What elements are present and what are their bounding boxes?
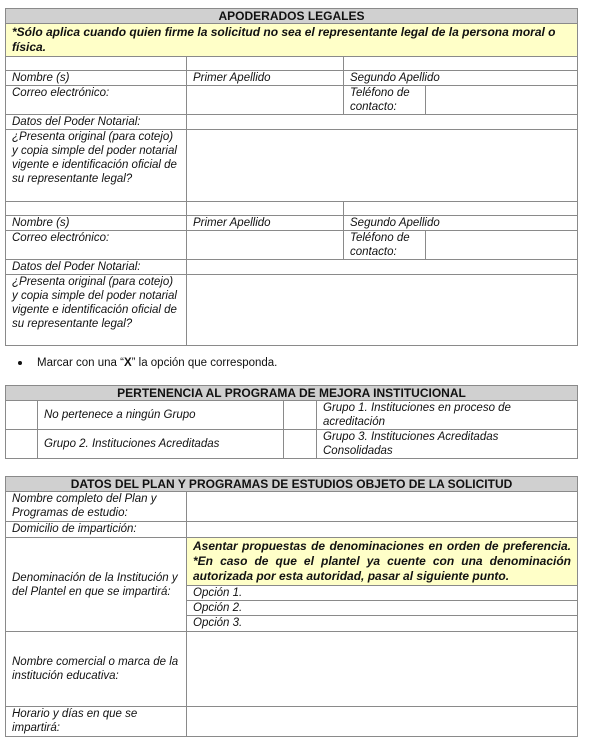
primer-apellido-label: Primer Apellido: [187, 71, 344, 86]
option-checkbox-grupo-3[interactable]: [284, 430, 317, 459]
horario-label: Horario y días en que se impartirá:: [6, 707, 187, 737]
option-label-grupo-3: Grupo 3. Instituciones Acreditadas Conso…: [317, 430, 578, 459]
nombre-label: Nombre (s): [6, 71, 187, 86]
presenta-original-label: ¿Presenta original (para cotejo) y copia…: [6, 130, 187, 202]
presenta-original-label: ¿Presenta original (para cotejo) y copia…: [6, 275, 187, 346]
empty-cell[interactable]: [187, 202, 344, 216]
apoderados-note: *Sólo aplica cuando quien firme la solic…: [6, 24, 578, 57]
presenta-original-field[interactable]: [187, 130, 578, 202]
nombre-comercial-field[interactable]: [187, 632, 578, 707]
poder-notarial-field[interactable]: [187, 115, 578, 130]
denominacion-note: Asentar propuestas de denominaciones en …: [187, 538, 578, 586]
correo-label: Correo electrónico:: [6, 231, 187, 260]
telefono-label: Teléfono de contacto:: [344, 231, 426, 260]
opcion-3-field[interactable]: Opción 3.: [187, 616, 578, 632]
option-checkbox-grupo-1[interactable]: [284, 401, 317, 430]
opcion-2-field[interactable]: Opción 2.: [187, 601, 578, 616]
option-label-grupo-2: Grupo 2. Instituciones Acreditadas: [38, 430, 284, 459]
telefono-field[interactable]: [426, 86, 578, 115]
plan-title: DATOS DEL PLAN Y PROGRAMAS DE ESTUDIOS O…: [6, 477, 578, 492]
pertenencia-title: PERTENENCIA AL PROGRAMA DE MEJORA INSTIT…: [6, 386, 578, 401]
option-label-grupo-1: Grupo 1. Instituciones en proceso de acr…: [317, 401, 578, 430]
empty-cell[interactable]: [344, 57, 578, 71]
telefono-label: Teléfono de contacto:: [344, 86, 426, 115]
domicilio-label: Domicilio de impartición:: [6, 522, 187, 538]
denominacion-label: Denominación de la Institución y del Pla…: [6, 538, 187, 632]
opcion-1-field[interactable]: Opción 1.: [187, 586, 578, 601]
plan-table: DATOS DEL PLAN Y PROGRAMAS DE ESTUDIOS O…: [5, 476, 578, 737]
nombre-label: Nombre (s): [6, 216, 187, 231]
nombre-comercial-label: Nombre comercial o marca de la instituci…: [6, 632, 187, 707]
empty-cell[interactable]: [6, 57, 187, 71]
segundo-apellido-label: Segundo Apellido: [344, 216, 578, 231]
empty-cell[interactable]: [6, 202, 187, 216]
nombre-plan-field[interactable]: [187, 492, 578, 522]
horario-field[interactable]: [187, 707, 578, 737]
primer-apellido-label: Primer Apellido: [187, 216, 344, 231]
pertenencia-table: PERTENENCIA AL PROGRAMA DE MEJORA INSTIT…: [5, 385, 578, 459]
correo-field[interactable]: [187, 231, 344, 260]
apoderados-title: APODERADOS LEGALES: [6, 9, 578, 24]
apoderados-table: APODERADOS LEGALES *Sólo aplica cuando q…: [5, 8, 578, 346]
empty-cell[interactable]: [344, 202, 578, 216]
domicilio-field[interactable]: [187, 522, 578, 538]
nombre-plan-label: Nombre completo del Plan y Programas de …: [6, 492, 187, 522]
segundo-apellido-label: Segundo Apellido: [344, 71, 578, 86]
poder-notarial-label: Datos del Poder Notarial:: [6, 260, 187, 275]
correo-field[interactable]: [187, 86, 344, 115]
bullet-icon: [18, 361, 22, 365]
presenta-original-field[interactable]: [187, 275, 578, 346]
instruction-text: Marcar con una “X” la opción que corresp…: [18, 357, 277, 369]
poder-notarial-label: Datos del Poder Notarial:: [6, 115, 187, 130]
option-label-no-grupo: No pertenece a ningún Grupo: [38, 401, 284, 430]
telefono-field[interactable]: [426, 231, 578, 260]
option-checkbox-grupo-2[interactable]: [6, 430, 38, 459]
poder-notarial-field[interactable]: [187, 260, 578, 275]
option-checkbox-no-grupo[interactable]: [6, 401, 38, 430]
correo-label: Correo electrónico:: [6, 86, 187, 115]
empty-cell[interactable]: [187, 57, 344, 71]
